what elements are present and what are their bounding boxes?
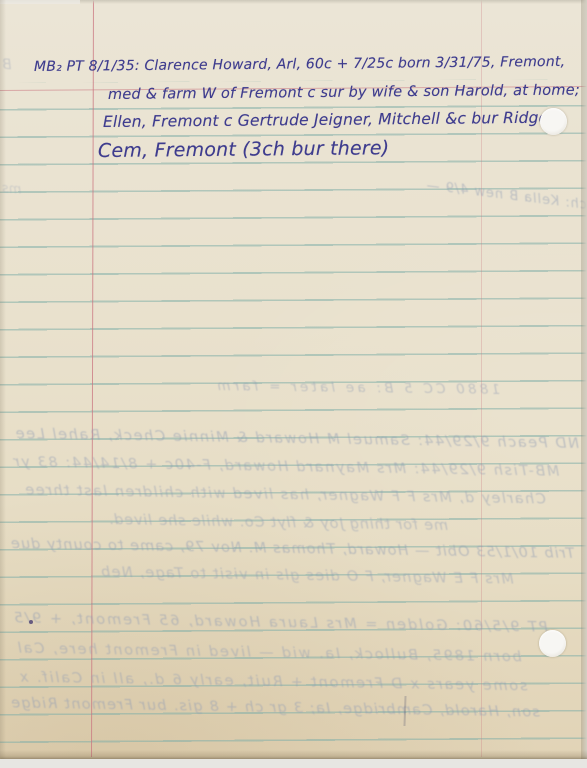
hole-punch (540, 108, 567, 135)
scan-edge-right (581, 0, 587, 768)
handwriting-line: Cem, Fremont (3ch bur there) (98, 137, 390, 162)
ink-blot (29, 620, 33, 624)
hole-punch (539, 630, 566, 657)
handwriting-line: MB₂ PT 8/1/35: Clarence Howard, Arl, 60c… (34, 54, 565, 75)
scan-edge-top-sliver (0, 0, 80, 4)
scan-edge-left (0, 0, 6, 768)
scan-edge-bottom (0, 759, 587, 768)
paper-bottom-shadow (0, 750, 587, 759)
notebook-page-scan: ch: Kella B new 4/9 —1880 CC 5 B: ae lat… (0, 0, 587, 768)
scan-edge-top (0, 0, 587, 4)
